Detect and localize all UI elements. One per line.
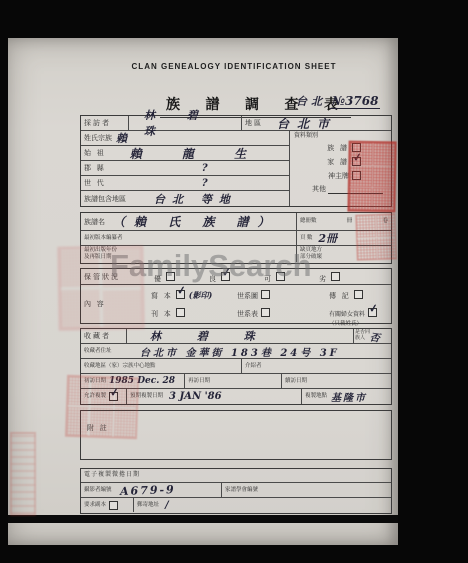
biography-checkbox <box>354 290 363 299</box>
holder-address-value: 台北市 金華街 183巷 24号 3F <box>140 344 340 359</box>
serial-number: 台北 №3768 <box>296 92 380 110</box>
holder-label: 收藏者 <box>84 331 111 341</box>
scanned-genealogy-form: CLAN GENEALOGY IDENTIFICATION SHEET 族 譜 … <box>0 0 468 563</box>
red-seal-stamp-right-upper <box>347 141 396 213</box>
category-label: 資料類別 <box>294 133 387 141</box>
lineage-table-checkbox <box>261 308 270 317</box>
microfilm-table: 電子複製微捲日期 攝影者編號 A679-9 家譜學會編號 要求副本 郵寄地址 / <box>80 468 392 514</box>
row-ancestor: 始 祖 賴 龍 生 <box>81 146 289 161</box>
row-collection-place: 收藏地區（家）宗族中心地點 介紹者 <box>81 359 391 374</box>
mail-address-value: / <box>165 500 169 511</box>
content-women-data: 有關婦女資料✓ （只載姓氏） <box>329 303 377 328</box>
book-title-label: 族譜名 <box>84 217 105 227</box>
row-microfilm-date: 電子複製微捲日期 <box>81 469 391 483</box>
women-data-checkbox: ✓ <box>368 308 377 317</box>
clan-label: 姓氏宗族 <box>84 133 112 143</box>
pages-label: 頁 數 <box>300 235 312 242</box>
coverage-label: 族譜包含地區 <box>84 194 126 204</box>
area-label: 地區 <box>245 118 263 128</box>
photographer-no-value: A679-9 <box>119 483 175 498</box>
copy-request-label: 要求副本 <box>84 502 106 509</box>
row-copy-request: 要求副本 郵寄地址 / <box>81 498 391 512</box>
society-no-label: 家譜學會編號 <box>225 487 258 494</box>
holder-value: 林 碧 珠 <box>150 328 271 344</box>
row-coverage: 族譜包含地區 台北 等地 <box>81 191 289 206</box>
identification-table: 採訪者 林 碧 珠 地區 台北市 姓氏宗族 賴 始 祖 賴 龍 生 郡 縣 ? <box>80 115 392 207</box>
lineage-chart-checkbox <box>261 290 270 299</box>
serial-value: №3768 <box>330 94 380 109</box>
row-numbers: 攝影者編號 A679-9 家譜學會編號 <box>81 483 391 498</box>
row-book-title: 族譜名 （賴 氏 族 譜） 總冊數 冊 卷 <box>81 213 391 231</box>
copy-date-value: 3 JAN '86 <box>169 391 222 402</box>
condition-option-poor: 劣 <box>319 268 340 286</box>
content-line1: 寫 本✓ (影印) 世系圖 傳 記 <box>151 285 391 303</box>
ancestor-value: 賴 龍 生 <box>130 145 264 162</box>
interviewer-label: 採訪者 <box>84 118 111 128</box>
row-generations: 世 代 ? <box>81 176 289 191</box>
clan-member-value: 否 <box>369 328 381 344</box>
red-seal-stamp-left-faint <box>57 245 144 330</box>
scan-artifact-bar <box>8 515 398 523</box>
manuscript-note: (影印) <box>189 290 213 300</box>
clan-member-label: 是否同族人 <box>355 330 370 343</box>
other-label: 其他 <box>312 184 326 194</box>
area-value: 台北市 <box>277 115 337 132</box>
photographer-no-label: 攝影者編號 <box>84 487 112 494</box>
holder-address-label: 收藏者住址 <box>84 348 112 355</box>
volumes-label: 總冊數 <box>300 218 317 225</box>
row-holder-address: 收藏者住址 台北市 金華街 183巷 24号 3F <box>81 344 391 359</box>
women-data-checkmark: ✓ <box>368 301 379 315</box>
microfilm-date-label: 電子複製微捲日期 <box>84 472 140 480</box>
coverage-value: 台北 等地 <box>154 191 237 207</box>
printed-checkbox <box>176 308 185 317</box>
volumes-unit1: 冊 <box>347 218 353 225</box>
compiler-label: 最初版本編纂者 <box>84 235 123 242</box>
content-biography: 傳 記 <box>329 285 363 303</box>
pages-value: 2冊 <box>318 230 337 246</box>
manuscript-checkmark: ✓ <box>176 283 187 297</box>
english-title: CLAN GENEALOGY IDENTIFICATION SHEET <box>0 62 468 71</box>
content-lineage-chart: 世系圖 <box>237 285 329 303</box>
county-label: 郡 縣 <box>84 163 106 173</box>
generations-value: ? <box>202 178 208 189</box>
poor-checkbox <box>331 272 340 281</box>
content-manuscript: 寫 本✓ (影印) <box>151 285 237 303</box>
content-line2: 刊 本 世系表 有關婦女資料✓ （只載姓氏） <box>151 303 391 322</box>
introducer-label: 介紹者 <box>245 363 262 370</box>
clan-value: 賴 <box>116 130 127 146</box>
serial-prefix: 台北 <box>296 95 326 108</box>
followup-visit-label: 續訪日期 <box>285 378 307 385</box>
red-seal-stamp-right-middle <box>355 213 397 260</box>
book-title-value: （賴 氏 族 譜） <box>113 213 279 230</box>
row-interviewer: 採訪者 林 碧 珠 地區 台北市 <box>81 116 391 131</box>
county-value: ? <box>202 163 208 174</box>
content-lineage-table: 世系表 <box>237 303 329 321</box>
jiapu-label: 家 譜 <box>327 157 349 167</box>
manuscript-checkbox: ✓ <box>176 290 185 299</box>
ancestor-label: 始 祖 <box>84 148 106 158</box>
row-compiler: 最初版本編纂者 頁 數 2冊 <box>81 231 391 246</box>
second-visit-label: 再訪日期 <box>188 378 210 385</box>
women-data-note: （只載姓氏） <box>329 321 377 328</box>
generations-label: 世 代 <box>84 178 106 188</box>
row-county: 郡 縣 ? <box>81 161 289 176</box>
red-seal-stamp-edge <box>10 432 36 516</box>
red-seal-stamp-left-lower <box>65 375 139 439</box>
row-holder: 收藏者 林 碧 珠 是否同族人 否 <box>81 329 391 344</box>
collection-place-label: 收藏地區（家）宗族中心地點 <box>84 363 156 370</box>
copy-place-value: 基隆市 <box>331 389 367 404</box>
zupu-label: 族 譜 <box>327 143 349 153</box>
mail-address-label: 郵寄地址 <box>137 502 159 509</box>
table1-lower: 姓氏宗族 賴 始 祖 賴 龍 生 郡 縣 ? 世 代 ? 族譜包含地區 <box>81 131 391 206</box>
tablet-label: 神主牌 <box>328 171 349 181</box>
content-printed: 刊 本 <box>151 303 237 321</box>
table1-left-column: 姓氏宗族 賴 始 祖 賴 龍 生 郡 縣 ? 世 代 ? 族譜包含地區 <box>81 131 289 206</box>
copy-request-checkbox <box>109 501 118 510</box>
copy-place-label: 複製地點 <box>305 393 327 400</box>
